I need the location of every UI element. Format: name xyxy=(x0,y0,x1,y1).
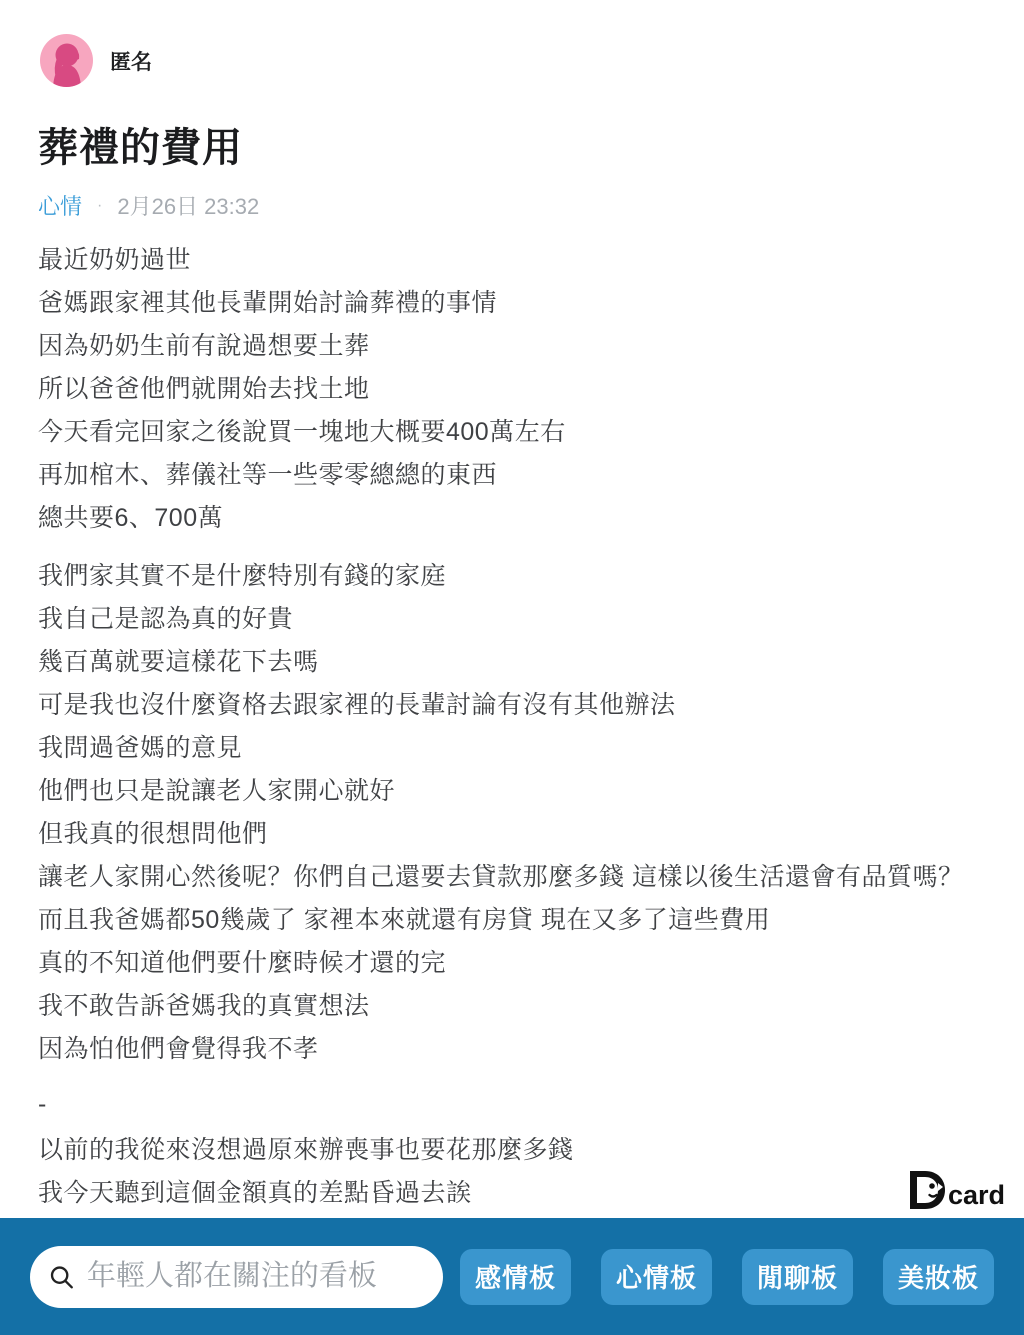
body-line: 最近奶奶過世 xyxy=(38,236,994,279)
body-line: - xyxy=(38,1083,994,1126)
category-link[interactable]: 心情 xyxy=(38,190,82,221)
body-line: 他們也只是說讓老人家開心就好 xyxy=(38,767,994,810)
post-header: 匿名 xyxy=(40,34,152,87)
body-line: 幾百萬就要這樣花下去嗎 xyxy=(38,638,994,681)
anonymous-avatar xyxy=(40,34,93,87)
body-line: 我不敢告訴爸媽我的真實想法 xyxy=(38,982,994,1025)
body-line: 再加棺木、葬儀社等一些零零總總的東西 xyxy=(38,451,994,494)
body-line: 所以爸爸他們就開始去找土地 xyxy=(38,365,994,408)
board-button[interactable]: 美妝板 xyxy=(883,1249,994,1305)
board-button[interactable]: 閒聊板 xyxy=(742,1249,853,1305)
body-line: 真的不知道他們要什麼時候才還的完 xyxy=(38,939,994,982)
post-body: 最近奶奶過世爸媽跟家裡其他長輩開始討論葬禮的事情因為奶奶生前有說過想要土葬所以爸… xyxy=(38,236,994,1212)
body-line: 我們家其實不是什麼特別有錢的家庭 xyxy=(38,552,994,595)
body-line: 我自己是認為真的好貴 xyxy=(38,595,994,638)
body-line: 讓老人家開心然後呢？你們自己還要去貸款那麼多錢 這樣以後生活還會有品質嗎？ xyxy=(38,853,994,896)
body-line: 但我真的很想問他們 xyxy=(38,810,994,853)
body-line: 因為奶奶生前有說過想要土葬 xyxy=(38,322,994,365)
dcard-post-page: 匿名 葬禮的費用 心情 · 2月26日 23:32 最近奶奶過世爸媽跟家裡其他長… xyxy=(0,0,1024,1335)
svg-text:card: card xyxy=(948,1180,1004,1210)
body-line: 可是我也沒什麼資格去跟家裡的長輩討論有沒有其他辦法 xyxy=(38,681,994,724)
person-silhouette-icon xyxy=(40,34,93,87)
body-line xyxy=(38,537,994,552)
meta-separator: · xyxy=(97,197,102,215)
body-line: 總共要6、700萬 xyxy=(38,494,994,537)
body-line: 我問過爸媽的意見 xyxy=(38,724,994,767)
search-input[interactable] xyxy=(87,1260,425,1293)
board-button[interactable]: 心情板 xyxy=(601,1249,712,1305)
dcard-logo: card xyxy=(908,1170,1004,1212)
bottom-bar: 感情板心情板閒聊板美妝板 xyxy=(0,1218,1024,1335)
body-line: 以前的我從來沒想過原來辦喪事也要花那麼多錢 xyxy=(38,1126,994,1169)
body-line: 我今天聽到這個金額真的差點昏過去誒 xyxy=(38,1169,994,1212)
board-buttons: 感情板心情板閒聊板美妝板 xyxy=(460,1249,994,1305)
body-line: 爸媽跟家裡其他長輩開始討論葬禮的事情 xyxy=(38,279,994,322)
body-line: 今天看完回家之後說買一塊地大概要400萬左右 xyxy=(38,408,994,451)
post-timestamp: 2月26日 23:32 xyxy=(117,190,259,221)
body-line xyxy=(38,1068,994,1083)
search-box[interactable] xyxy=(30,1246,443,1308)
body-line: 因為怕他們會覺得我不孝 xyxy=(38,1025,994,1068)
board-button[interactable]: 感情板 xyxy=(460,1249,571,1305)
body-line: 而且我爸媽都50幾歲了 家裡本來就還有房貸 現在又多了這些費用 xyxy=(38,896,994,939)
dcard-logo-icon: card xyxy=(908,1170,1004,1212)
post-title: 葬禮的費用 xyxy=(38,116,243,173)
author-name: 匿名 xyxy=(110,46,152,76)
search-icon xyxy=(48,1262,75,1292)
post-meta: 心情 · 2月26日 23:32 xyxy=(38,190,259,221)
